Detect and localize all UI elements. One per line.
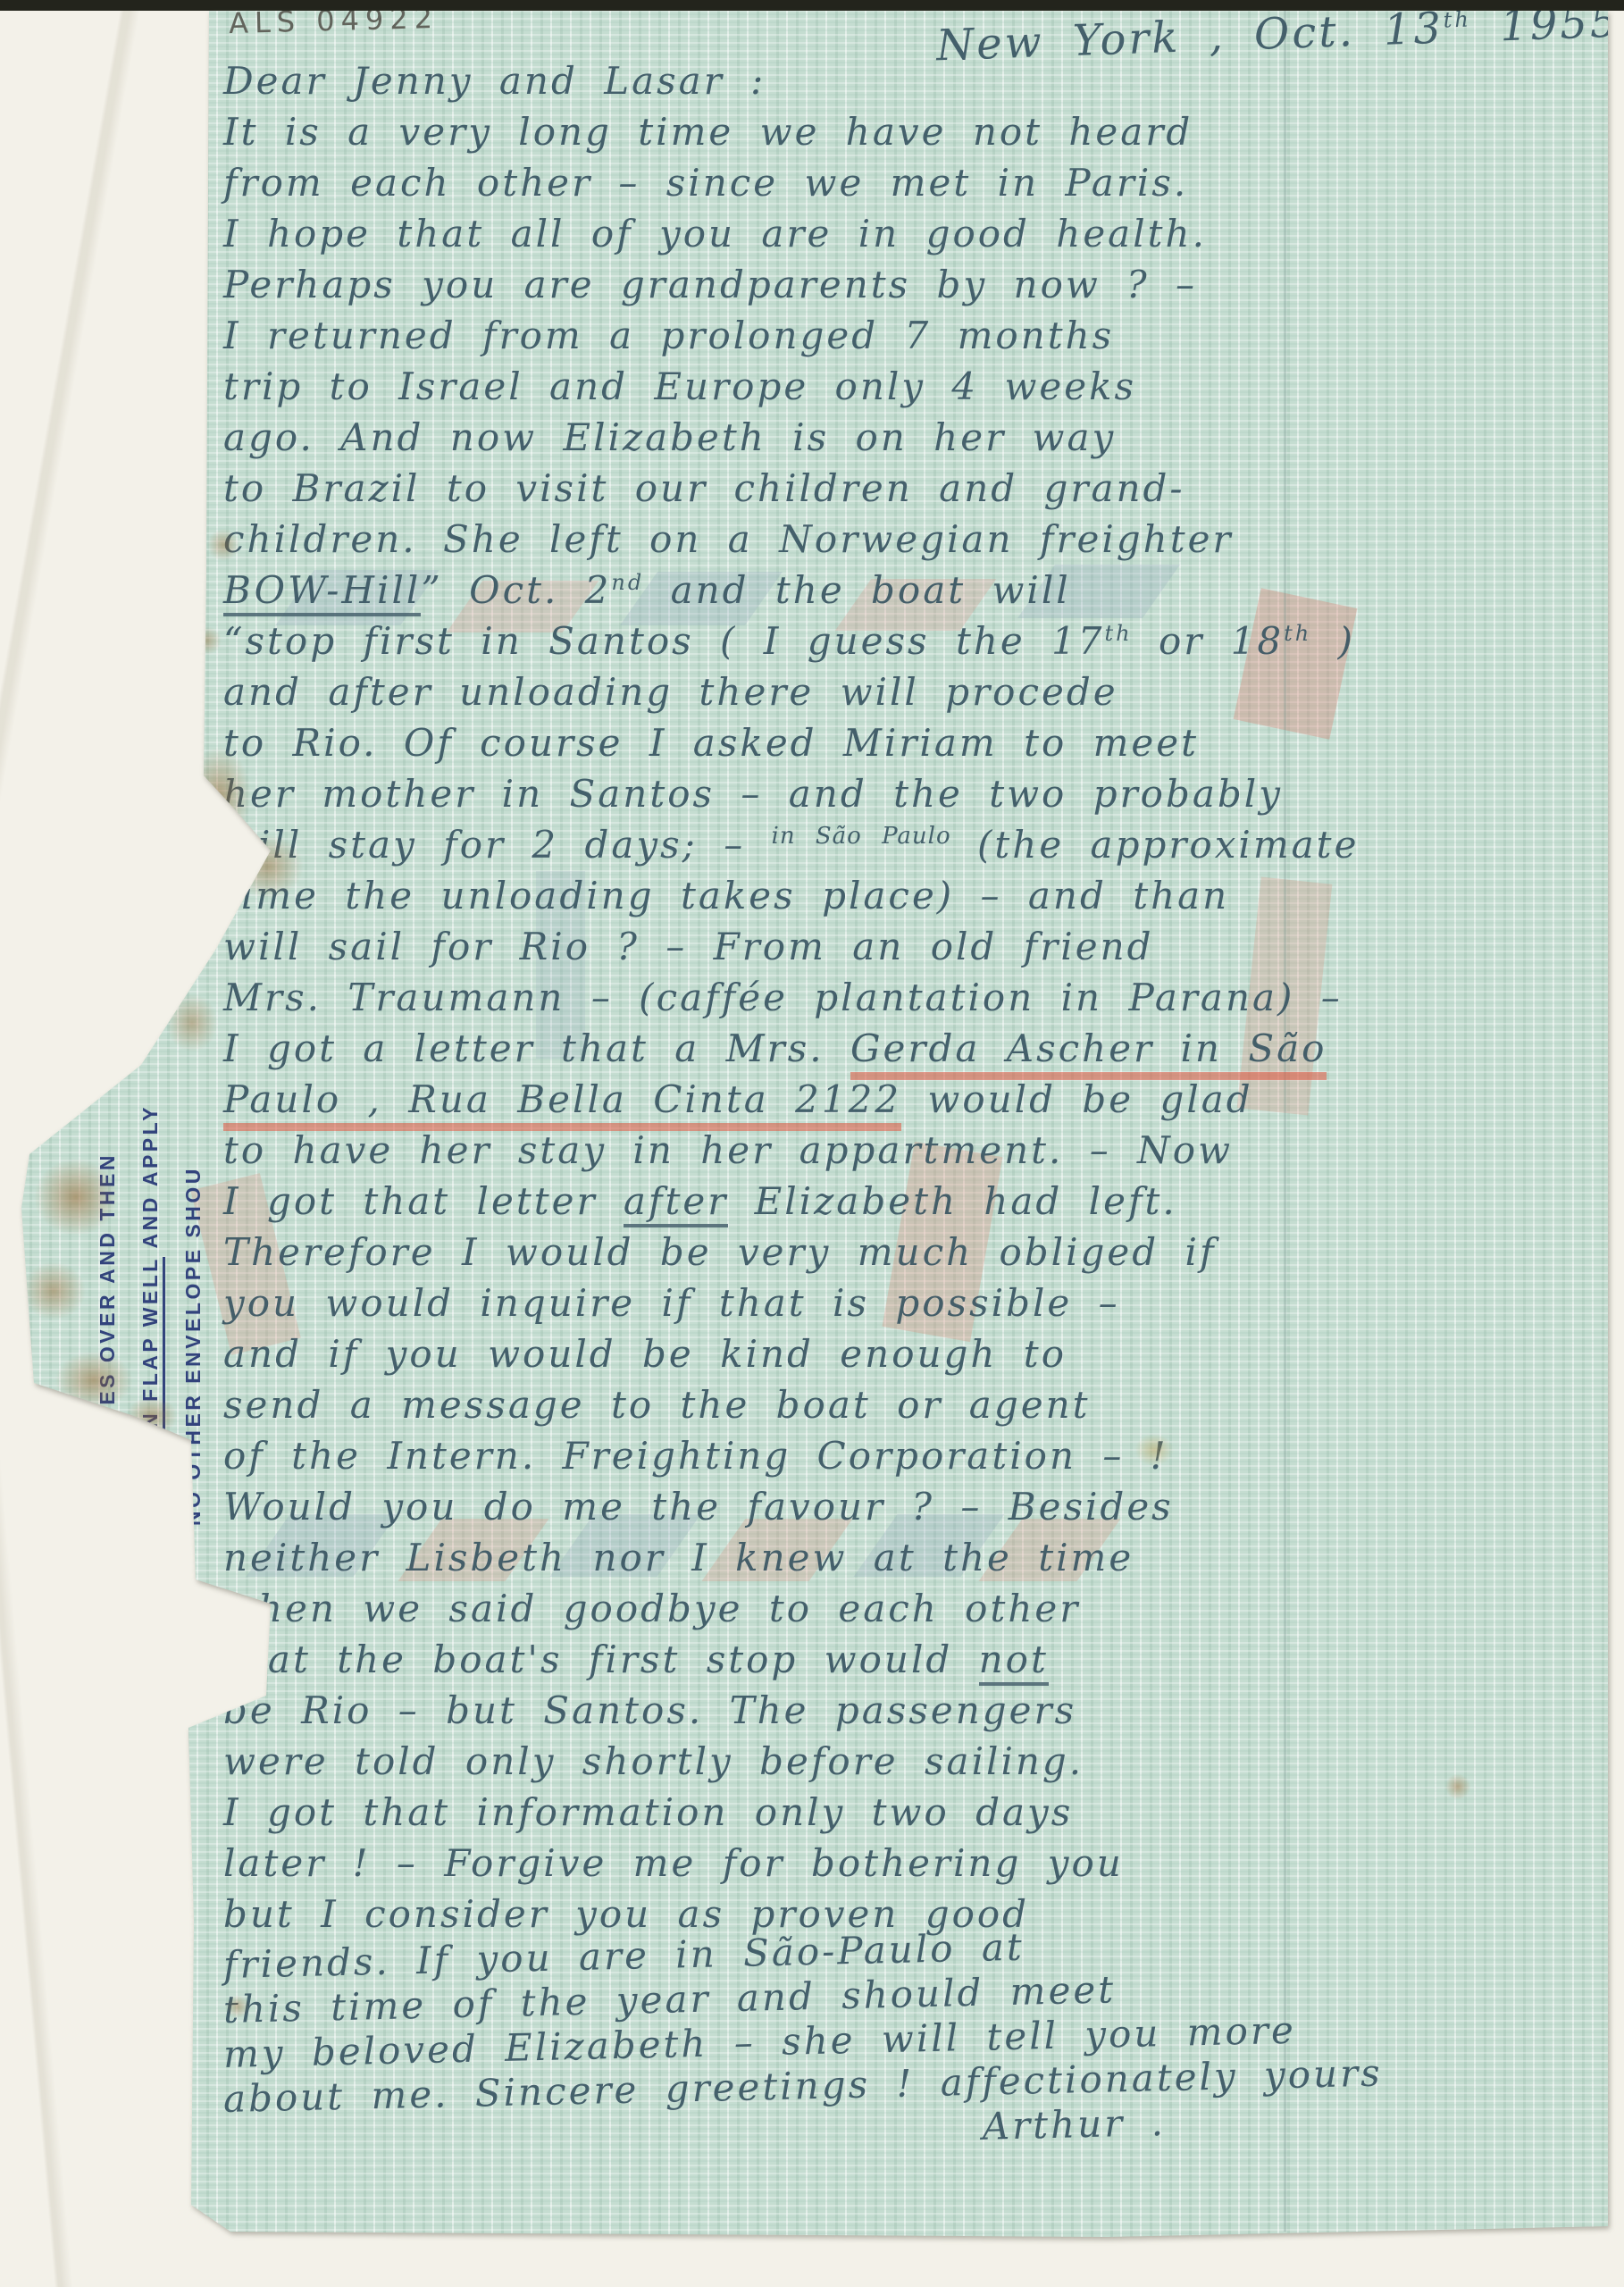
letter-line: will sail for Rio ? – From an old friend	[223, 925, 1617, 976]
text-segment: be Rio – but Santos. The passengers	[223, 1688, 1076, 1732]
text-segment: I got that information only two days	[223, 1790, 1073, 1834]
letter-line: trip to Israel and Europe only 4 weeks	[223, 364, 1617, 415]
letter-line: her mother in Santos – and the two proba…	[223, 772, 1617, 823]
letter-line: send a message to the boat or agent	[223, 1383, 1617, 1434]
text-segment: Gerda Ascher in São	[850, 1026, 1327, 1080]
letter-body: Dear Jenny and Lasar :It is a very long …	[223, 59, 1617, 2166]
letter-line: later ! – Forgive me for bothering you	[223, 1841, 1617, 1892]
text-segment: from each other – since we met in Paris.	[223, 161, 1188, 205]
text-segment: (the approximate	[951, 823, 1360, 867]
text-segment: and after unloading there will procede	[223, 670, 1118, 714]
text-segment: will stay for 2 days; –	[223, 823, 772, 867]
letter-line: when we said goodbye to each other	[223, 1587, 1617, 1638]
paper-shadow-wrapper: ALS 04922 New York , Oct. 13th 1955 FOLD…	[0, 0, 1624, 2287]
text-segment: th	[1284, 621, 1311, 646]
text-segment: I got a letter that a Mrs.	[223, 1026, 850, 1070]
text-segment: 1955	[1470, 0, 1620, 52]
text-segment: nd	[611, 570, 644, 595]
text-segment: th	[1443, 6, 1471, 32]
text-segment: )	[1311, 619, 1355, 663]
text-segment: after	[624, 1179, 728, 1227]
letter-line: I returned from a prolonged 7 months	[223, 314, 1617, 364]
text-segment: in São Paulo	[772, 823, 951, 850]
letter-line: to Rio. Of course I asked Miriam to meet	[223, 721, 1617, 772]
letter-line: to have her stay in her appartment. – No…	[223, 1128, 1617, 1179]
flap-instruction-line-3: NO OTHER ENVELOPE SHOU	[172, 1026, 214, 1526]
letter-line: I got that letter after Elizabeth had le…	[223, 1179, 1617, 1230]
letter-line: Paulo , Rua Bella Cinta 2122 would be gl…	[223, 1077, 1617, 1128]
text-segment: MOISTEN FLAP WELL	[138, 1257, 165, 1526]
text-segment: not	[979, 1638, 1049, 1686]
letter-line: of the Intern. Freighting Corporation – …	[223, 1434, 1617, 1485]
text-segment: and if you would be kind enough to	[223, 1332, 1067, 1376]
letter-line: to Brazil to visit our children and gran…	[223, 466, 1617, 517]
text-segment: to have her stay in her appartment. – No…	[223, 1128, 1233, 1172]
letter-line: from each other – since we met in Paris.	[223, 161, 1617, 212]
text-segment: ago. And now Elizabeth is on her way	[223, 415, 1116, 459]
letter-line: be Rio – but Santos. The passengers	[223, 1688, 1617, 1739]
text-segment: Paulo , Rua Bella Cinta 2122	[223, 1077, 901, 1131]
text-segment: Therefore I would be very much obliged i…	[223, 1230, 1216, 1274]
text-segment: “stop first in Santos ( I guess the 17	[223, 619, 1105, 663]
flap-instruction-line-2: MOISTEN FLAP WELL AND APPLY	[129, 1026, 172, 1526]
flap-instructions: FOLD SIDES OVER AND THEN MOISTEN FLAP WE…	[86, 1026, 214, 1526]
text-segment: were told only shortly before sailing.	[223, 1739, 1084, 1783]
text-segment: or 18	[1133, 619, 1285, 663]
letter-line: Perhaps you are grandparents by now ? –	[223, 263, 1617, 314]
text-segment: Would you do me the favour ? – Besides	[223, 1485, 1174, 1529]
text-segment: Arthur .	[982, 2100, 1166, 2149]
letter-line: will stay for 2 days; – in São Paulo (th…	[223, 823, 1617, 874]
letter-line: children. She left on a Norwegian freigh…	[223, 517, 1617, 568]
letter-line: neither Lisbeth nor I knew at the time	[223, 1536, 1617, 1587]
text-segment: when we said goodbye to each other	[223, 1587, 1080, 1630]
text-segment: to Brazil to visit our children and gran…	[223, 466, 1185, 510]
text-segment: that the boat's first stop would	[223, 1638, 979, 1681]
text-segment: Mrs. Traumann – (caffée plantation in Pa…	[223, 976, 1343, 1019]
text-segment: later ! – Forgive me for bothering you	[223, 1841, 1124, 1885]
catalog-annotation: ALS 04922	[229, 1, 439, 40]
text-segment: of the Intern. Freighting Corporation – …	[223, 1434, 1168, 1478]
text-segment: will sail for Rio ? – From an old friend	[223, 925, 1154, 968]
text-segment: Dear Jenny and Lasar :	[223, 59, 766, 103]
text-segment: BOW-Hill	[223, 568, 421, 616]
text-segment: I hope that all of you are in good healt…	[223, 212, 1207, 256]
letter-line: I hope that all of you are in good healt…	[223, 212, 1617, 263]
letter-line: It is a very long time we have not heard	[223, 110, 1617, 161]
text-segment: you would inquire if that is possible –	[223, 1281, 1120, 1325]
text-segment: I got that letter	[223, 1179, 624, 1223]
letter-line: Therefore I would be very much obliged i…	[223, 1230, 1617, 1281]
text-segment: Elizabeth had left.	[728, 1179, 1176, 1223]
letter-line: were told only shortly before sailing.	[223, 1739, 1617, 1790]
aerogramme-letter-sheet: ALS 04922 New York , Oct. 13th 1955 FOLD…	[0, 0, 1624, 2287]
letter-line: time the unloading takes place) – and th…	[223, 874, 1617, 925]
text-segment: time the unloading takes place) – and th…	[223, 874, 1229, 917]
text-segment: children. She left on a Norwegian freigh…	[223, 517, 1234, 561]
letter-line: and if you would be kind enough to	[223, 1332, 1617, 1383]
letter-line: Dear Jenny and Lasar :	[223, 59, 1617, 110]
text-segment: AND APPLY	[138, 1104, 162, 1256]
letter-line: BOW-Hill” Oct. 2nd and the boat will	[223, 568, 1617, 619]
text-segment: to Rio. Of course I asked Miriam to meet	[223, 721, 1199, 765]
text-segment: th	[1105, 621, 1133, 646]
letter-line: Mrs. Traumann – (caffée plantation in Pa…	[223, 976, 1617, 1026]
letter-line: I got a letter that a Mrs. Gerda Ascher …	[223, 1026, 1617, 1077]
text-segment: would be glad	[901, 1077, 1253, 1121]
letter-line: that the boat's first stop would not	[223, 1638, 1617, 1688]
letter-line: Would you do me the favour ? – Besides	[223, 1485, 1617, 1536]
text-segment: It is a very long time we have not heard	[223, 110, 1193, 154]
text-segment: send a message to the boat or agent	[223, 1383, 1091, 1427]
letter-line: “stop first in Santos ( I guess the 17th…	[223, 619, 1617, 670]
text-segment: trip to Israel and Europe only 4 weeks	[223, 364, 1136, 408]
flap-instruction-line-1: FOLD SIDES OVER AND THEN	[86, 1026, 129, 1526]
text-segment: and the boat will	[644, 568, 1071, 612]
letter-line: and after unloading there will procede	[223, 670, 1617, 721]
text-segment: I returned from a prolonged 7 months	[223, 314, 1114, 357]
text-segment: ” Oct. 2	[421, 568, 611, 612]
text-segment: her mother in Santos – and the two proba…	[223, 772, 1283, 816]
text-segment: Perhaps you are grandparents by now ? –	[223, 263, 1197, 306]
letter-line: ago. And now Elizabeth is on her way	[223, 415, 1617, 466]
letter-line: you would inquire if that is possible –	[223, 1281, 1617, 1332]
text-segment: neither Lisbeth nor I knew at the time	[223, 1536, 1134, 1579]
letter-line: I got that information only two days	[223, 1790, 1617, 1841]
